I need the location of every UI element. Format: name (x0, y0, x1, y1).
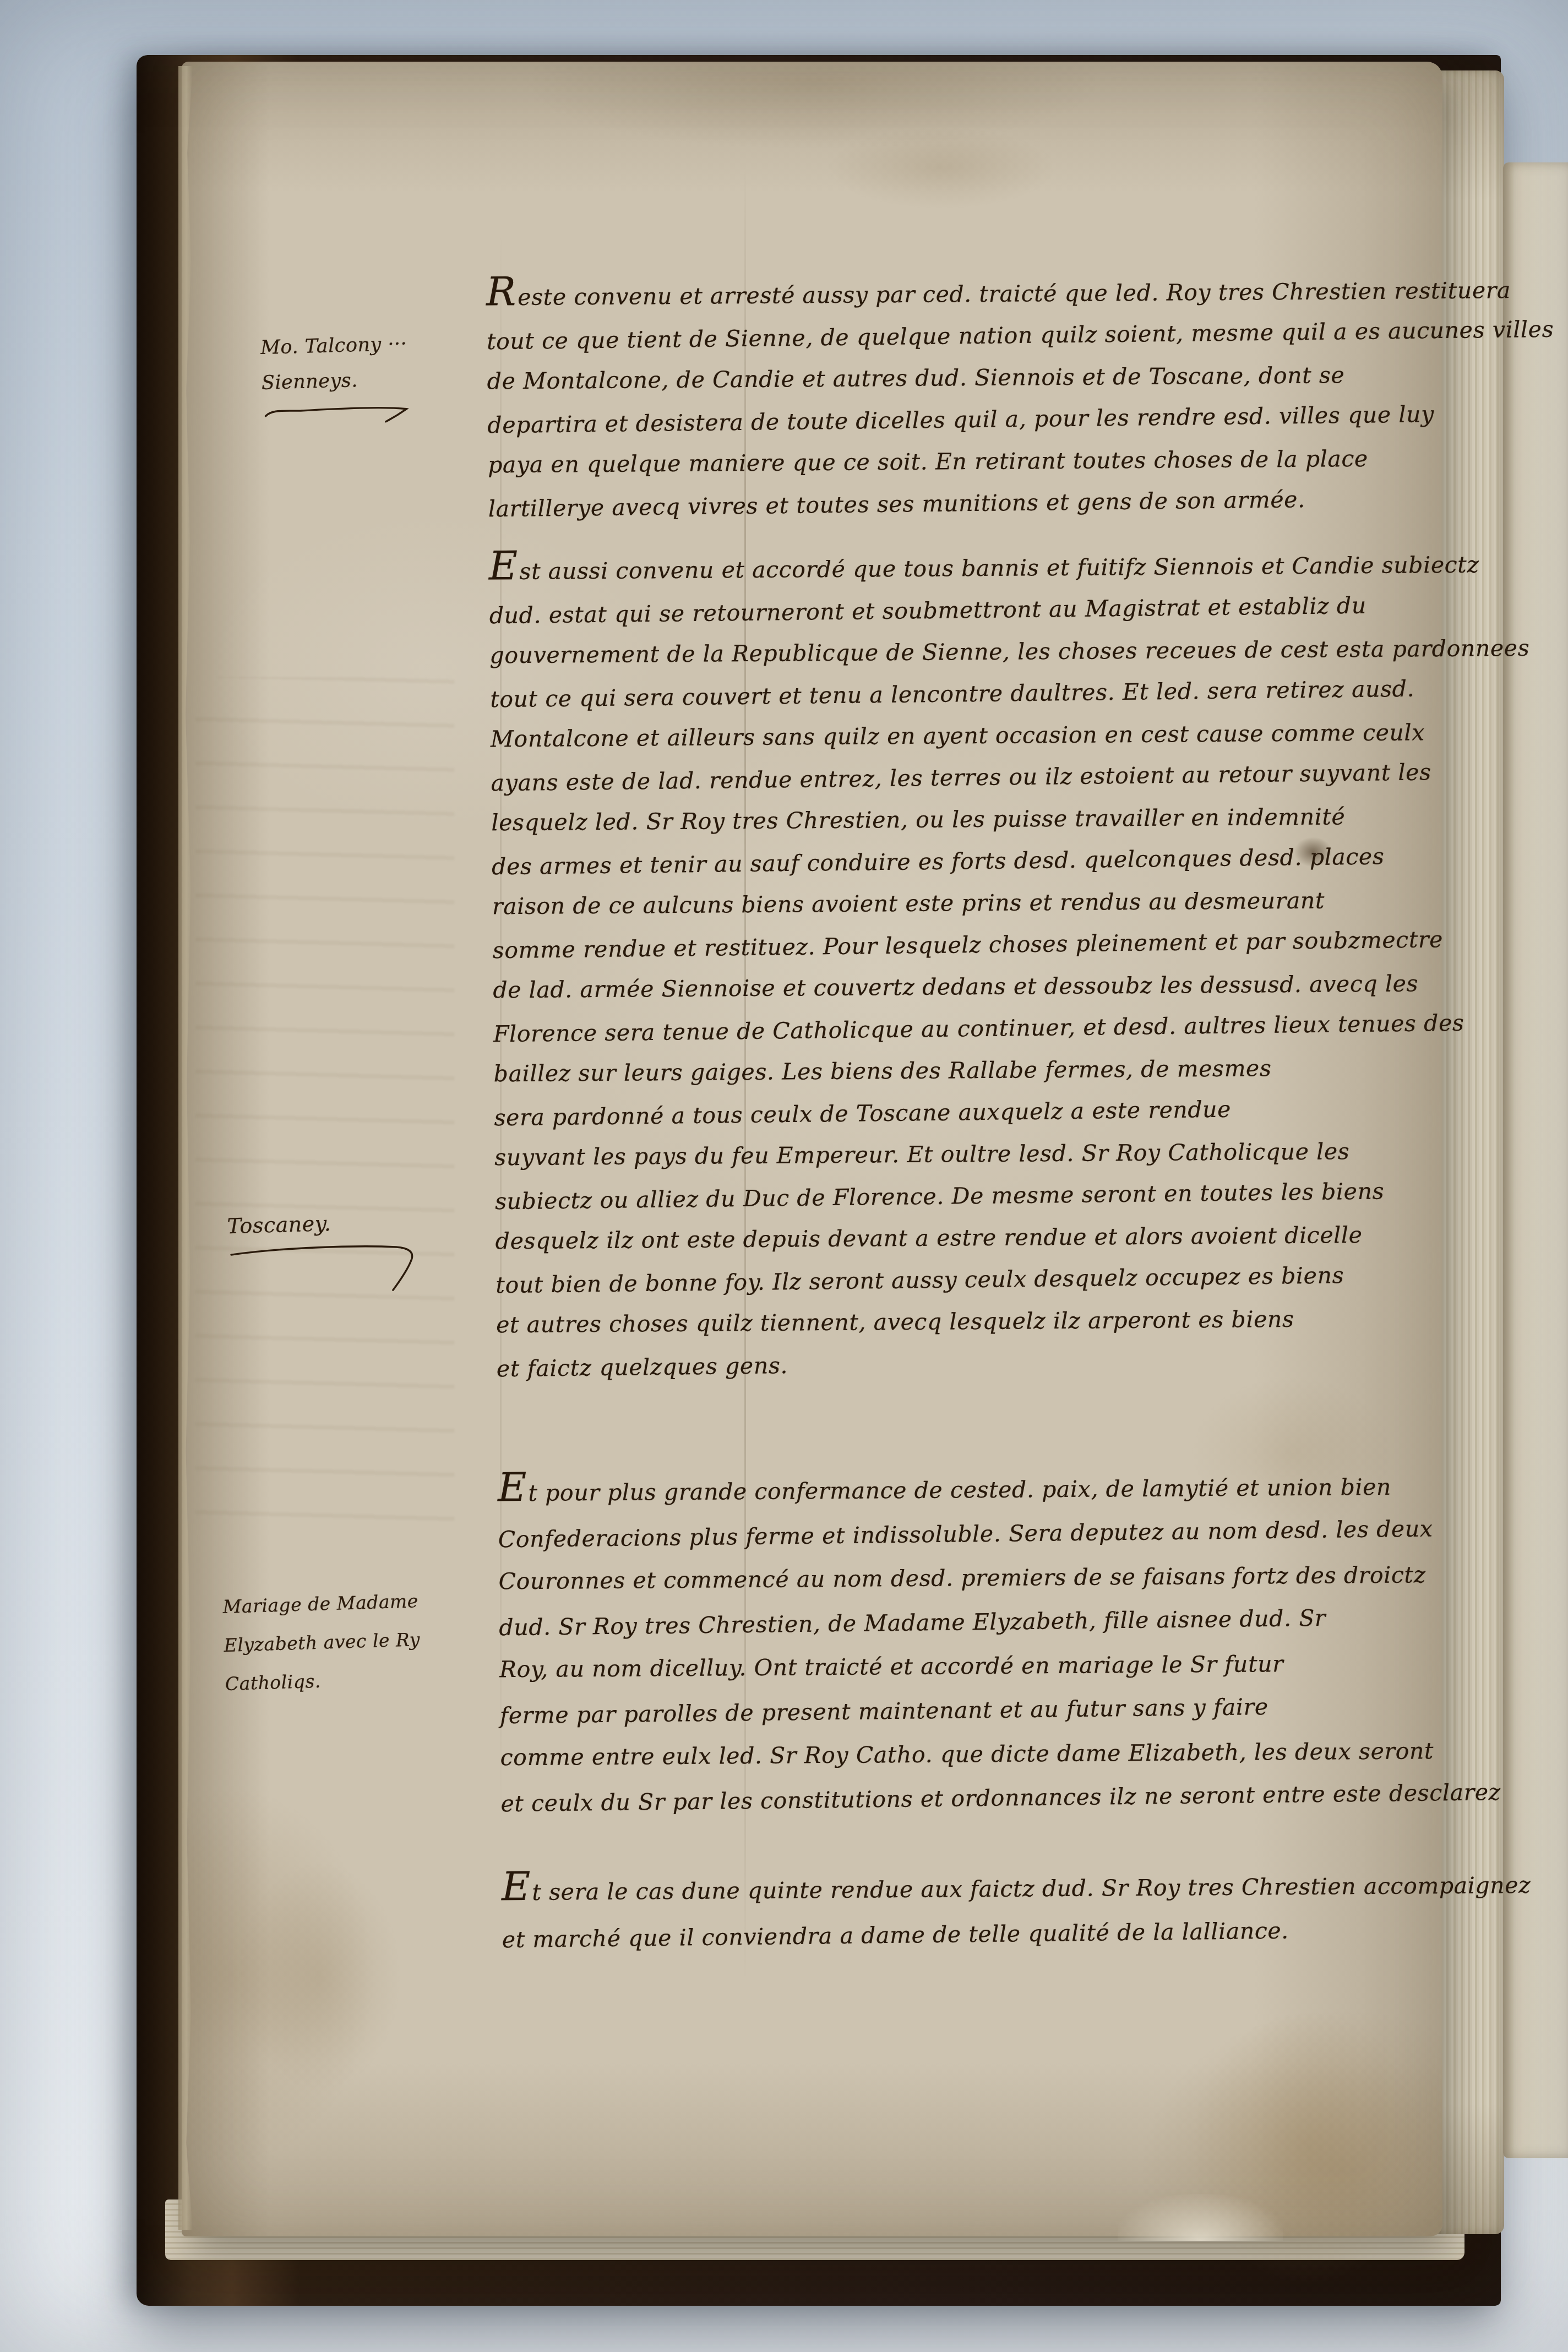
worn-paper-chip (1118, 2194, 1283, 2241)
next-page-sliver: 11 (1503, 162, 1568, 2158)
margin-note-line: Mo. Talcony ··· (260, 326, 415, 366)
margin-note-line: Elyzabeth avec le Ry (224, 1620, 421, 1665)
text-line: Reste convenu et arresté aussy par ced. … (486, 264, 1447, 318)
text-line: Est aussi convenu et accordé que tous ba… (489, 538, 1450, 592)
text-line: Et sera le cas dune quinte rendue aux fa… (502, 1857, 1463, 1915)
margin-note-line: Mariage de Madame (222, 1582, 420, 1626)
margin-note-mariage: Mariage de MadameElyzabeth avec le RyCat… (222, 1582, 422, 1703)
paragraph-mariage-confederation: Et pour plus grande confermance de ceste… (498, 1457, 1462, 1825)
paragraph-restitution-sienne: Reste convenu et arresté aussy par ced. … (486, 263, 1449, 529)
margin-note-line: Catholiqs. (225, 1659, 422, 1703)
paragraph-clause-finale: Et sera le cas dune quinte rendue aux fa… (502, 1856, 1463, 1962)
ink-show-through (195, 677, 454, 1536)
text-line: Et pour plus grande confermance de ceste… (498, 1458, 1459, 1515)
margin-note-toscane: Toscaney. (227, 1204, 427, 1298)
margin-note-montalcone: Mo. Talcony ···Sienneys. (260, 326, 417, 427)
paragraph-pardon-siennois: Est aussi convenu et accordé que tous ba… (489, 537, 1458, 1389)
margin-note-line: Sienneys. (261, 361, 416, 401)
underline-flourish (227, 1240, 427, 1298)
margin-note-line: Toscaney. (227, 1204, 426, 1244)
underline-flourish (262, 398, 417, 427)
photo-of-manuscript: 11 Reste convenu et arresté aussy par ce… (0, 0, 1568, 2352)
